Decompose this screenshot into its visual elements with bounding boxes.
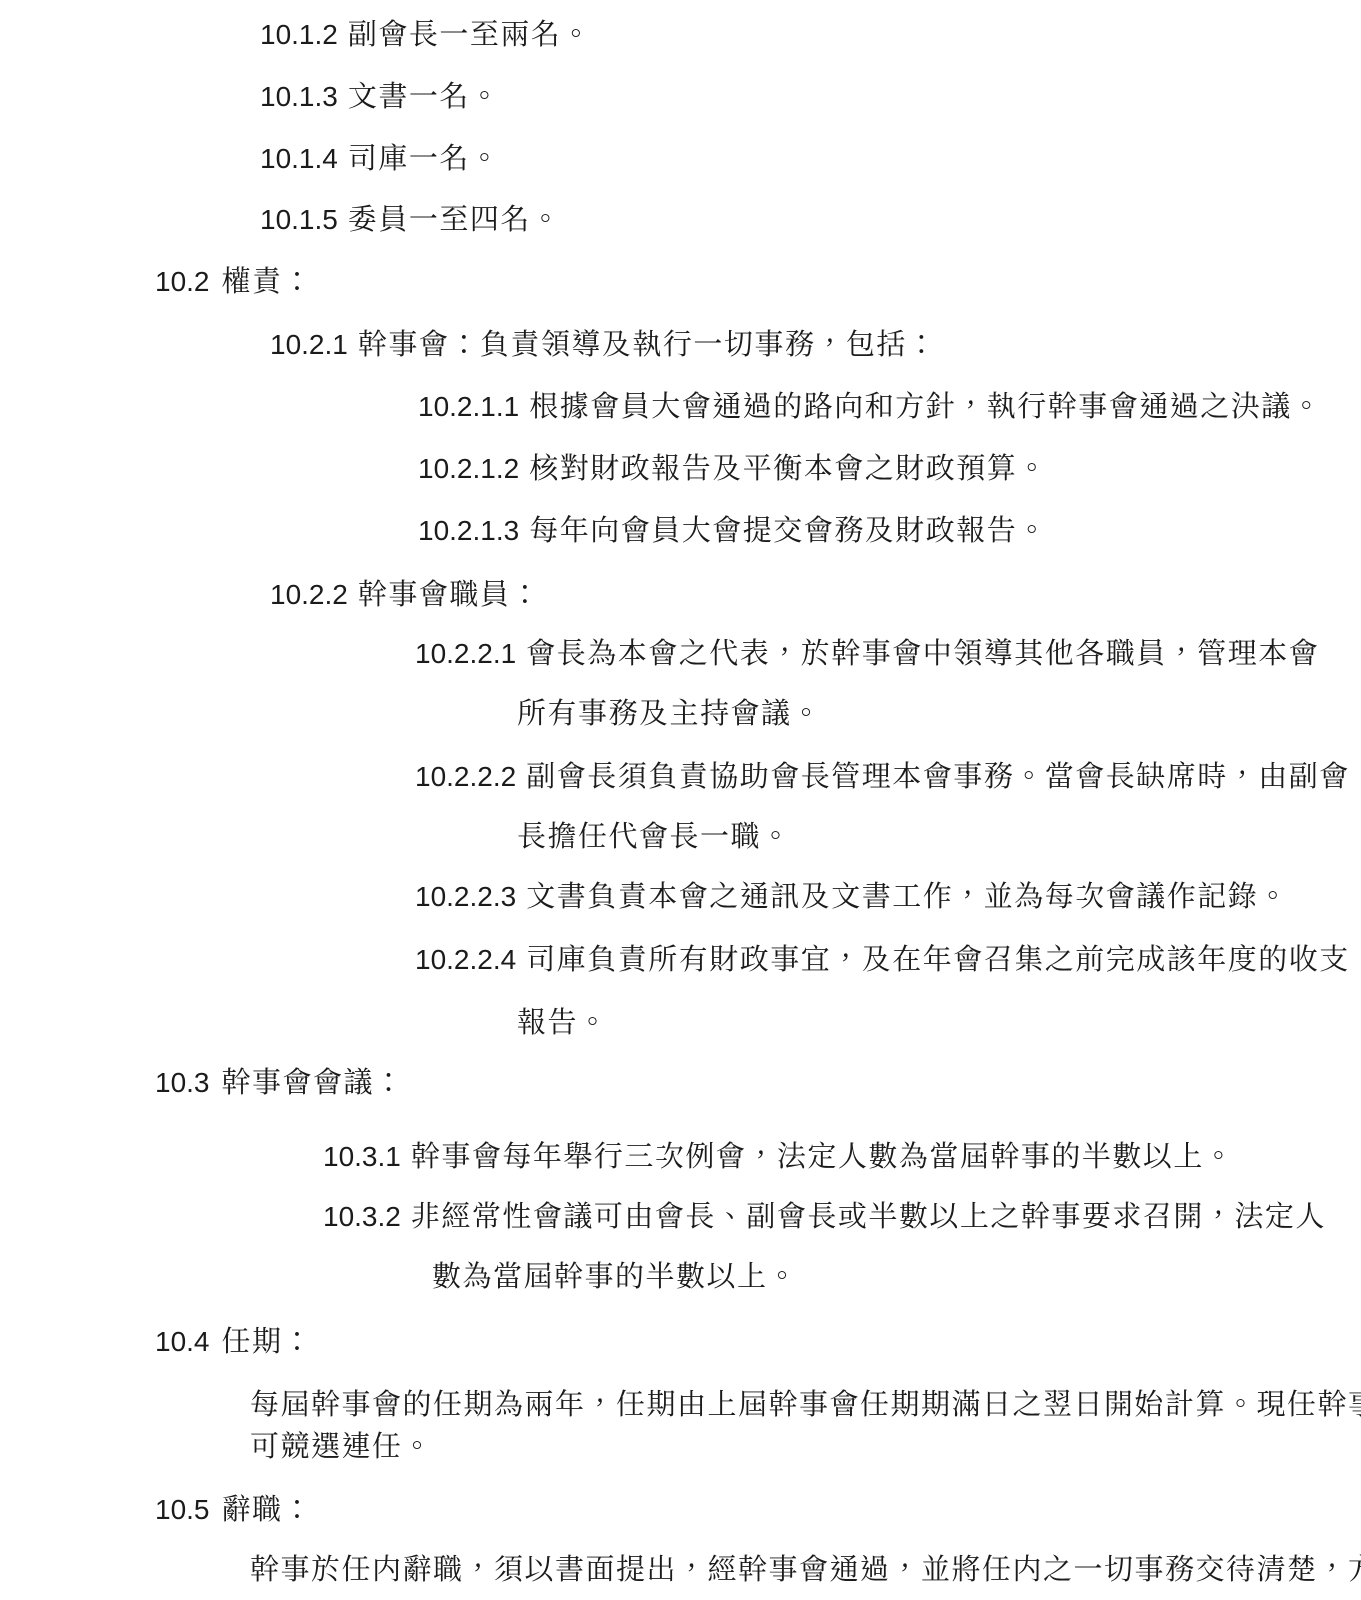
clause-number: 10.2.2 [270, 579, 348, 610]
clause-number: 10.2.1.1 [418, 391, 519, 422]
clause-text: 司庫負責所有財政事宜，及在年會召集之前完成該年度的收支 [526, 942, 1350, 976]
clause-text: 幹事會職員： [358, 577, 541, 611]
para-10-4-line-2: 可競選連任。 [250, 1430, 433, 1463]
clause-10-3-2: 10.3.2非經常性會議可由會長、副會長或半數以上之幹事要求召開，法定人 [323, 1200, 1326, 1233]
clause-text: 數為當屆幹事的半數以上。 [432, 1259, 798, 1293]
paragraph-text: 幹事於任内辭職，須以書面提出，經幹事會通過，並將任内之一切事務交待清楚，方 [250, 1552, 1361, 1586]
section-title: 辭職： [222, 1492, 314, 1526]
clause-10-2-2-1: 10.2.2.1會長為本會之代表，於幹事會中領導其他各職員，管理本會 [415, 637, 1319, 670]
clause-number: 10.1.2 [260, 19, 338, 50]
clause-text: 副會長一至兩名。 [348, 17, 592, 51]
section-10-5: 10.5辭職： [155, 1493, 313, 1526]
clause-10-2-2-2: 10.2.2.2副會長須負責協助會長管理本會事務。當會長缺席時，由副會 [415, 760, 1350, 793]
clause-text: 司庫一名。 [348, 141, 501, 175]
clause-text: 非經常性會議可由會長、副會長或半數以上之幹事要求召開，法定人 [411, 1199, 1326, 1233]
clause-number: 10.2.1 [270, 329, 348, 360]
section-number: 10.3 [155, 1067, 210, 1098]
clause-10-1-4: 10.1.4司庫一名。 [260, 142, 500, 175]
clause-10-2-2-3: 10.2.2.3文書負責本會之通訊及文書工作，並為每次會議作記錄。 [415, 880, 1289, 913]
clause-text: 副會長須負責協助會長管理本會事務。當會長缺席時，由副會 [526, 759, 1350, 793]
section-10-2: 10.2權責： [155, 265, 313, 298]
section-title: 權責： [222, 264, 314, 298]
document-page: 10.1.2副會長一至兩名。 10.1.3文書一名。 10.1.4司庫一名。 1… [0, 0, 1361, 1600]
clause-text: 文書一名。 [348, 79, 501, 113]
clause-text: 根據會員大會通過的路向和方針，執行幹事會通過之決議。 [529, 389, 1322, 423]
section-10-4: 10.4任期： [155, 1325, 313, 1358]
clause-10-2-1: 10.2.1幹事會：負責領導及執行一切事務，包括： [270, 328, 937, 361]
para-10-4-line-1: 每屆幹事會的任期為兩年，任期由上屆幹事會任期期滿日之翌日開始計算。現任幹事 [250, 1388, 1361, 1421]
clause-10-3-1: 10.3.1幹事會每年舉行三次例會，法定人數為當屆幹事的半數以上。 [323, 1140, 1234, 1173]
clause-10-2-1-2: 10.2.1.2核對財政報告及平衡本會之財政預算。 [418, 452, 1048, 485]
clause-10-2-1-1: 10.2.1.1根據會員大會通過的路向和方針，執行幹事會通過之決議。 [418, 390, 1322, 423]
clause-10-2-2-4: 10.2.2.4司庫負責所有財政事宜，及在年會召集之前完成該年度的收支 [415, 943, 1350, 976]
para-10-5-line-1: 幹事於任内辭職，須以書面提出，經幹事會通過，並將任内之一切事務交待清楚，方 [250, 1553, 1361, 1586]
clause-number: 10.2.2.3 [415, 881, 516, 912]
section-number: 10.4 [155, 1326, 210, 1357]
clause-text: 每年向會員大會提交會務及財政報告。 [529, 513, 1048, 547]
clause-text: 會長為本會之代表，於幹事會中領導其他各職員，管理本會 [526, 636, 1319, 670]
clause-number: 10.2.2.1 [415, 638, 516, 669]
clause-text: 幹事會每年舉行三次例會，法定人數為當屆幹事的半數以上。 [411, 1139, 1235, 1173]
clause-10-1-3: 10.1.3文書一名。 [260, 80, 500, 113]
clause-10-2-2-1-cont: 所有事務及主持會議。 [517, 697, 822, 730]
clause-number: 10.2.1.2 [418, 453, 519, 484]
clause-10-2-1-3: 10.2.1.3每年向會員大會提交會務及財政報告。 [418, 514, 1048, 547]
clause-text: 核對財政報告及平衡本會之財政預算。 [529, 451, 1048, 485]
clause-text: 所有事務及主持會議。 [517, 696, 822, 730]
section-title: 幹事會會議： [222, 1065, 405, 1099]
clause-number: 10.1.5 [260, 204, 338, 235]
clause-10-1-5: 10.1.5委員一至四名。 [260, 203, 561, 236]
section-10-3: 10.3幹事會會議： [155, 1066, 405, 1099]
clause-number: 10.2.2.4 [415, 944, 516, 975]
clause-10-1-2: 10.1.2副會長一至兩名。 [260, 18, 592, 51]
clause-number: 10.3.2 [323, 1201, 401, 1232]
clause-number: 10.3.1 [323, 1141, 401, 1172]
section-number: 10.5 [155, 1494, 210, 1525]
clause-10-2-2: 10.2.2幹事會職員： [270, 578, 541, 611]
clause-text: 幹事會：負責領導及執行一切事務，包括： [358, 327, 938, 361]
clause-number: 10.1.3 [260, 81, 338, 112]
clause-10-2-2-2-cont: 長擔任代會長一職。 [517, 820, 792, 853]
paragraph-text: 每屆幹事會的任期為兩年，任期由上屆幹事會任期期滿日之翌日開始計算。現任幹事 [250, 1387, 1361, 1421]
clause-10-3-2-cont: 數為當屆幹事的半數以上。 [432, 1260, 798, 1293]
clause-text: 長擔任代會長一職。 [517, 819, 792, 853]
paragraph-text: 可競選連任。 [250, 1429, 433, 1463]
clause-text: 報告。 [517, 1005, 609, 1039]
section-number: 10.2 [155, 266, 210, 297]
section-title: 任期： [222, 1324, 314, 1358]
clause-10-2-2-4-cont: 報告。 [517, 1006, 609, 1039]
clause-number: 10.1.4 [260, 143, 338, 174]
clause-text: 委員一至四名。 [348, 202, 562, 236]
clause-number: 10.2.2.2 [415, 761, 516, 792]
clause-number: 10.2.1.3 [418, 515, 519, 546]
clause-text: 文書負責本會之通訊及文書工作，並為每次會議作記錄。 [526, 879, 1289, 913]
